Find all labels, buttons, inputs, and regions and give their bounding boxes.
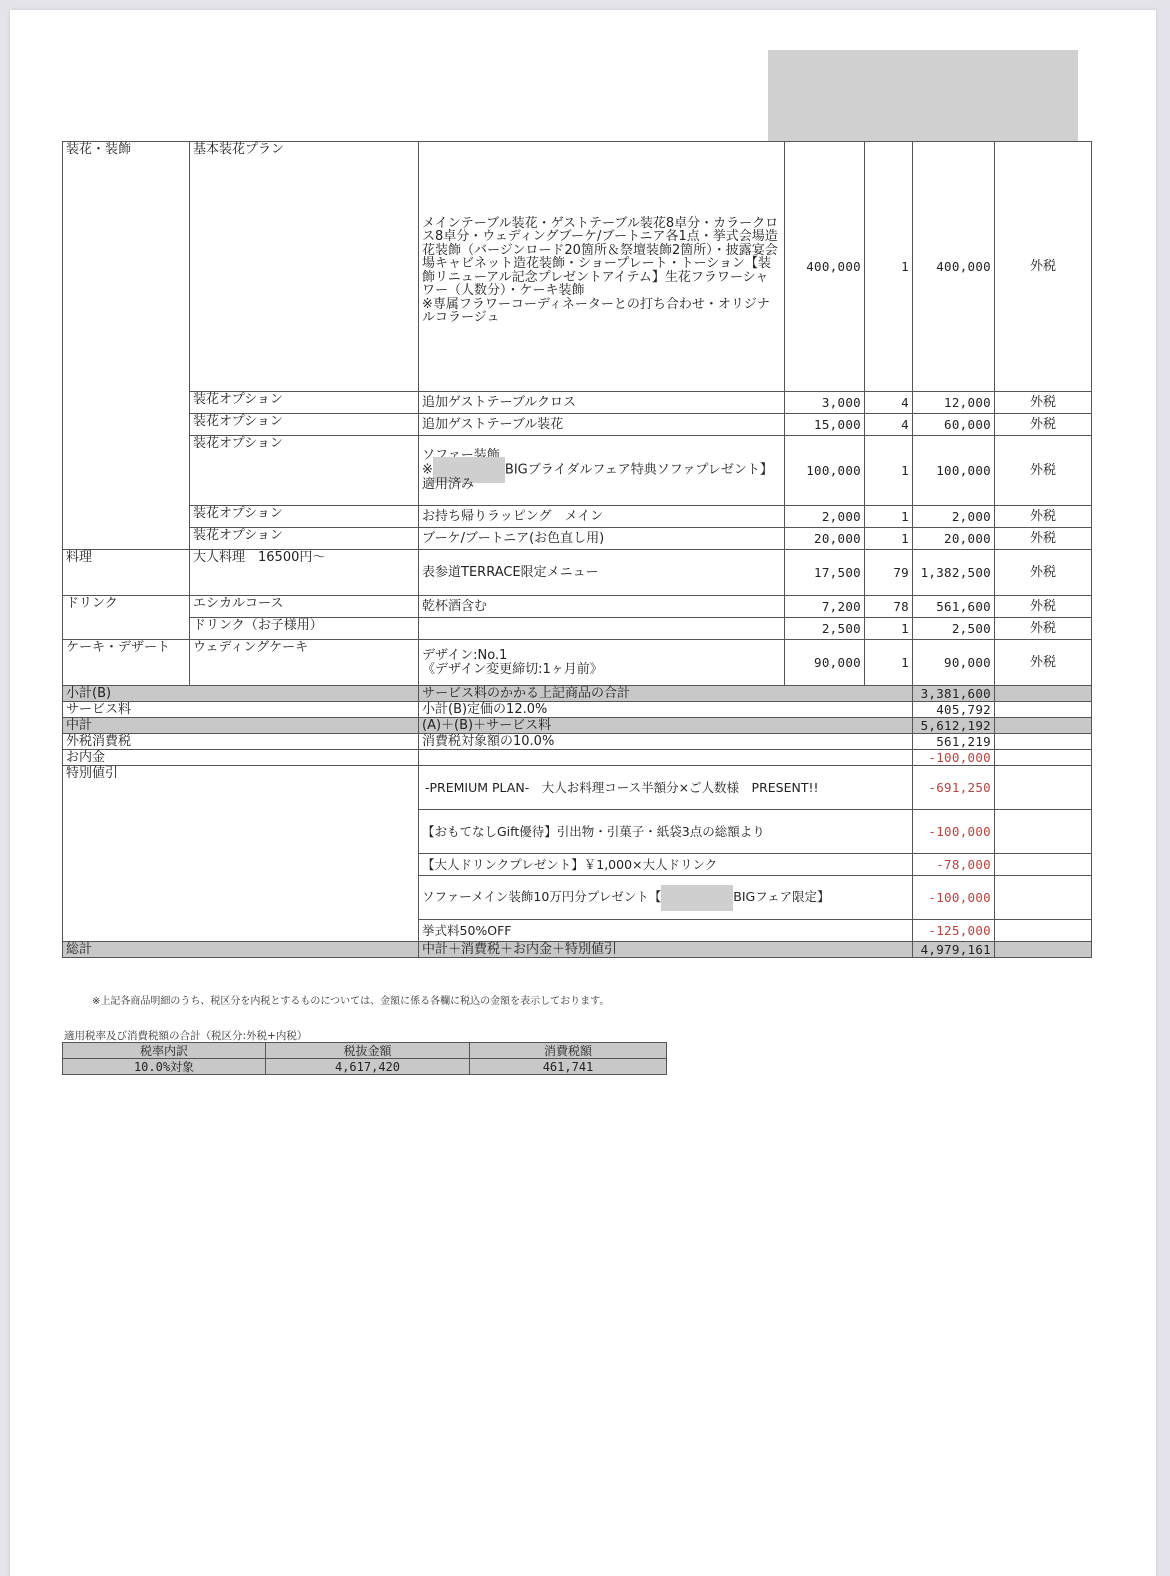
tax-summary-caption: 適用税率及び消費税額の合計（税区分:外税+内税） <box>64 1028 307 1043</box>
tax-type-cell: 外税 <box>995 436 1092 506</box>
unit-price-cell: 2,000 <box>785 506 865 528</box>
amount-cell: 561,600 <box>913 596 995 618</box>
summary-blank <box>995 750 1092 766</box>
qty-cell: 4 <box>865 392 913 414</box>
tax-type-cell: 外税 <box>995 142 1092 392</box>
amount-cell: 90,000 <box>913 640 995 686</box>
redacted-text-block <box>661 885 733 911</box>
item-cell: ドリンク（お子様用） <box>190 618 419 640</box>
grand-total-row: 総計 中計＋消費税＋お内金＋特別値引 4,979,161 <box>63 942 1092 958</box>
item-cell: 大人料理 16500円～ <box>190 550 419 596</box>
description-line: ※BIGブライダルフェア特典ソファプレゼント】 <box>422 463 781 478</box>
table-row: ドリンク（お子様用） 2,500 1 2,500 外税 <box>63 618 1092 640</box>
summary-note: 消費税対象額の10.0% <box>419 734 913 750</box>
tax-type-cell: 外税 <box>995 550 1092 596</box>
unit-price-cell: 90,000 <box>785 640 865 686</box>
discount-amount: -100,000 <box>913 810 995 854</box>
item-cell: 装花オプション <box>190 506 419 528</box>
tax-type-cell: 外税 <box>995 392 1092 414</box>
summary-row-midtotal: 中計 (A)＋(B)＋サービス料 5,612,192 <box>63 718 1092 734</box>
qty-cell: 1 <box>865 506 913 528</box>
tax-amount-cell: 461,741 <box>470 1059 667 1075</box>
grand-total-label: 総計 <box>63 942 419 958</box>
item-cell: ウェディングケーキ <box>190 640 419 686</box>
table-row: 料理 大人料理 16500円～ 表参道TERRACE限定メニュー 17,500 … <box>63 550 1092 596</box>
table-row: 装花オプション 追加ゲストテーブルクロス 3,000 4 12,000 外税 <box>63 392 1092 414</box>
discount-amount: -78,000 <box>913 854 995 876</box>
qty-cell: 79 <box>865 550 913 596</box>
summary-label: 中計 <box>63 718 419 734</box>
description-cell: ブーケ/ブートニア(お色直し用) <box>419 528 785 550</box>
tax-type-cell: 外税 <box>995 528 1092 550</box>
amount-cell: 100,000 <box>913 436 995 506</box>
estimate-table: 装花・装飾 基本装花プラン メインテーブル装花・ゲストテーブル装花8卓分・カラー… <box>62 141 1092 958</box>
discount-amount: -125,000 <box>913 920 995 942</box>
amount-cell: 1,382,500 <box>913 550 995 596</box>
description-cell: 追加ゲストテーブル装花 <box>419 414 785 436</box>
description-text: メインテーブル装花・ゲストテーブル装花8卓分・カラークロス8卓分・ウェディングブ… <box>422 209 781 325</box>
summary-row-deposit: お内金 -100,000 <box>63 750 1092 766</box>
redacted-header-block <box>768 50 1078 141</box>
summary-amount: 3,381,600 <box>913 686 995 702</box>
discount-row: 特別値引 -PREMIUM PLAN- 大人お料理コース半額分×ご人数様 PRE… <box>63 766 1092 810</box>
description-cell <box>419 618 785 640</box>
discount-note: 挙式料50%OFF <box>419 920 913 942</box>
qty-cell: 1 <box>865 528 913 550</box>
table-row: ケーキ・デザート ウェディングケーキ デザイン:No.1 《デザイン変更締切:1… <box>63 640 1092 686</box>
description-text: BIGブライダルフェア特典ソファプレゼント】 <box>505 463 773 478</box>
qty-cell: 78 <box>865 596 913 618</box>
summary-label: お内金 <box>63 750 419 766</box>
summary-note: サービス料のかかる上記商品の合計 <box>419 686 913 702</box>
discount-note: -PREMIUM PLAN- 大人お料理コース半額分×ご人数様 PRESENT!… <box>419 766 913 810</box>
tax-summary-header: 消費税額 <box>470 1043 667 1059</box>
grand-total-amount: 4,979,161 <box>913 942 995 958</box>
tax-type-cell: 外税 <box>995 596 1092 618</box>
pre-tax-amount-cell: 4,617,420 <box>266 1059 470 1075</box>
table-row: 装花オプション ソファー装飾 ※BIGブライダルフェア特典ソファプレゼント】 適… <box>63 436 1092 506</box>
summary-blank <box>995 686 1092 702</box>
summary-blank <box>995 718 1092 734</box>
unit-price-cell: 7,200 <box>785 596 865 618</box>
description-cell: デザイン:No.1 《デザイン変更締切:1ヶ月前》 <box>419 640 785 686</box>
qty-cell: 1 <box>865 142 913 392</box>
item-cell: 装花オプション <box>190 392 419 414</box>
description-line: 《デザイン変更締切:1ヶ月前》 <box>422 663 781 677</box>
discount-amount: -691,250 <box>913 766 995 810</box>
item-cell: 装花オプション <box>190 414 419 436</box>
qty-cell: 1 <box>865 640 913 686</box>
discount-amount: -100,000 <box>913 876 995 920</box>
table-row: 装花オプション お持ち帰りラッピング メイン 2,000 1 2,000 外税 <box>63 506 1092 528</box>
amount-cell: 2,000 <box>913 506 995 528</box>
summary-label: サービス料 <box>63 702 419 718</box>
unit-price-cell: 15,000 <box>785 414 865 436</box>
summary-blank <box>995 734 1092 750</box>
tax-type-cell: 外税 <box>995 618 1092 640</box>
discount-note-text: BIGフェア限定】 <box>733 889 829 904</box>
description-cell: 乾杯酒含む <box>419 596 785 618</box>
table-row: 装花オプション 追加ゲストテーブル装花 15,000 4 60,000 外税 <box>63 414 1092 436</box>
summary-amount: 5,612,192 <box>913 718 995 734</box>
qty-cell: 4 <box>865 414 913 436</box>
tax-type-cell: 外税 <box>995 506 1092 528</box>
summary-note <box>419 750 913 766</box>
description-cell: メインテーブル装花・ゲストテーブル装花8卓分・カラークロス8卓分・ウェディングブ… <box>419 142 785 392</box>
category-cell: 装花・装飾 <box>63 142 190 550</box>
tax-footnote: ※上記各商品明細のうち、税区分を内税とするものについては、金額に係る各欄に税込の… <box>92 992 609 1007</box>
unit-price-cell: 3,000 <box>785 392 865 414</box>
item-cell: 装花オプション <box>190 528 419 550</box>
description-cell: 表参道TERRACE限定メニュー <box>419 550 785 596</box>
discount-note: 【大人ドリンクプレゼント】￥1,000×大人ドリンク <box>419 854 913 876</box>
summary-amount: 561,219 <box>913 734 995 750</box>
discount-blank <box>995 920 1092 942</box>
category-cell: ケーキ・デザート <box>63 640 190 686</box>
category-cell: ドリンク <box>63 596 190 640</box>
amount-cell: 60,000 <box>913 414 995 436</box>
tax-type-cell: 外税 <box>995 640 1092 686</box>
discount-blank <box>995 810 1092 854</box>
summary-blank <box>995 702 1092 718</box>
description-cell: お持ち帰りラッピング メイン <box>419 506 785 528</box>
grand-total-blank <box>995 942 1092 958</box>
qty-cell: 1 <box>865 436 913 506</box>
tax-summary-table: 税率内訳 税抜金額 消費税額 10.0%対象 4,617,420 461,741 <box>62 1042 667 1075</box>
summary-amount: -100,000 <box>913 750 995 766</box>
summary-label: 外税消費税 <box>63 734 419 750</box>
discount-note: 【おもてなしGift優待】引出物・引菓子・紙袋3点の総額より <box>419 810 913 854</box>
discount-note-text: ソファーメイン装飾10万円分プレゼント【 <box>422 889 661 904</box>
summary-row-consumption-tax: 外税消費税 消費税対象額の10.0% 561,219 <box>63 734 1092 750</box>
discount-blank <box>995 854 1092 876</box>
category-cell: 料理 <box>63 550 190 596</box>
item-cell: 装花オプション <box>190 436 419 506</box>
grand-total-note: 中計＋消費税＋お内金＋特別値引 <box>419 942 913 958</box>
unit-price-cell: 17,500 <box>785 550 865 596</box>
unit-price-cell: 20,000 <box>785 528 865 550</box>
discount-blank <box>995 876 1092 920</box>
discount-label: 特別値引 <box>63 766 419 942</box>
item-cell: エシカルコース <box>190 596 419 618</box>
qty-cell: 1 <box>865 618 913 640</box>
item-cell: 基本装花プラン <box>190 142 419 392</box>
summary-note: (A)＋(B)＋サービス料 <box>419 718 913 734</box>
description-line: デザイン:No.1 <box>422 649 781 663</box>
summary-amount: 405,792 <box>913 702 995 718</box>
tax-summary-row: 10.0%対象 4,617,420 461,741 <box>63 1059 667 1075</box>
summary-row-service-fee: サービス料 小計(B)定価の12.0% 405,792 <box>63 702 1092 718</box>
amount-cell: 20,000 <box>913 528 995 550</box>
discount-blank <box>995 766 1092 810</box>
amount-cell: 2,500 <box>913 618 995 640</box>
unit-price-cell: 2,500 <box>785 618 865 640</box>
table-row: 装花・装飾 基本装花プラン メインテーブル装花・ゲストテーブル装花8卓分・カラー… <box>63 142 1092 392</box>
table-row: ドリンク エシカルコース 乾杯酒含む 7,200 78 561,600 外税 <box>63 596 1092 618</box>
table-row: 装花オプション ブーケ/ブートニア(お色直し用) 20,000 1 20,000… <box>63 528 1092 550</box>
tax-summary-header: 税率内訳 <box>63 1043 266 1059</box>
unit-price-cell: 400,000 <box>785 142 865 392</box>
tax-summary-header: 税抜金額 <box>266 1043 470 1059</box>
amount-cell: 12,000 <box>913 392 995 414</box>
discount-note: ソファーメイン装飾10万円分プレゼント【BIGフェア限定】 <box>419 876 913 920</box>
amount-cell: 400,000 <box>913 142 995 392</box>
tax-summary-header-row: 税率内訳 税抜金額 消費税額 <box>63 1043 667 1059</box>
summary-label: 小計(B) <box>63 686 419 702</box>
summary-note: 小計(B)定価の12.0% <box>419 702 913 718</box>
unit-price-cell: 100,000 <box>785 436 865 506</box>
summary-row-subtotal-b: 小計(B) サービス料のかかる上記商品の合計 3,381,600 <box>63 686 1092 702</box>
note-mark: ※ <box>422 463 433 478</box>
description-cell: ソファー装飾 ※BIGブライダルフェア特典ソファプレゼント】 適用済み <box>419 436 785 506</box>
tax-type-cell: 外税 <box>995 414 1092 436</box>
tax-rate-cell: 10.0%対象 <box>63 1059 266 1075</box>
description-cell: 追加ゲストテーブルクロス <box>419 392 785 414</box>
